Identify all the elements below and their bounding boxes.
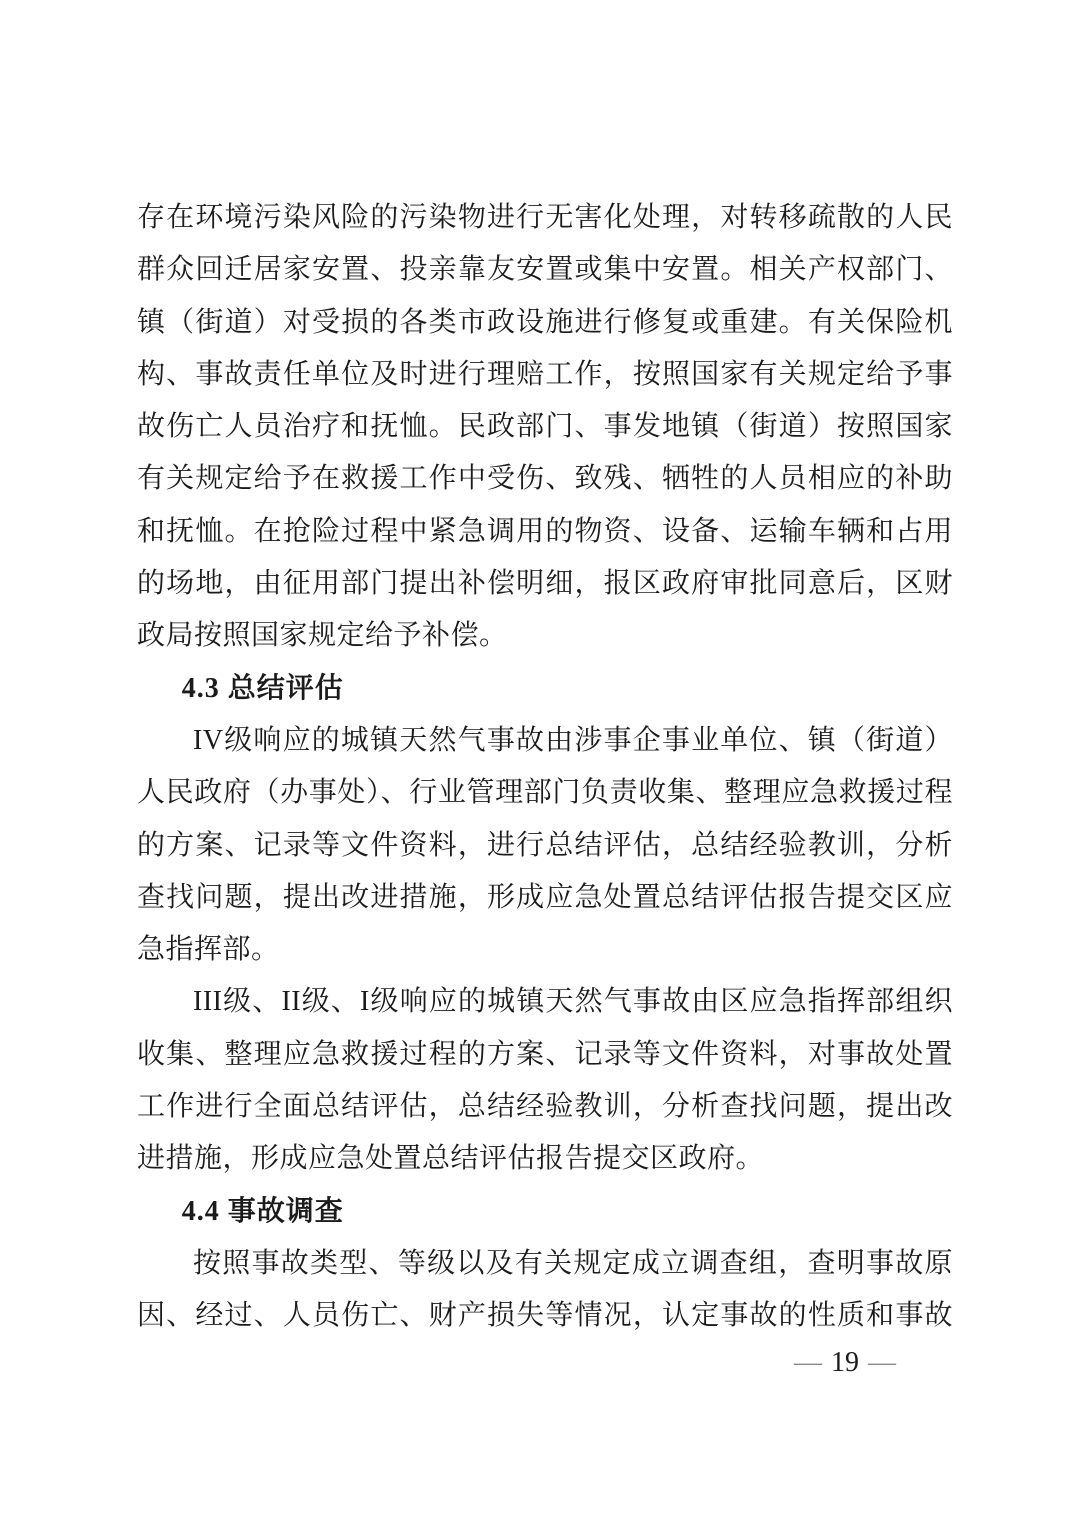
footer-dash-right: — — [868, 1347, 896, 1378]
text-line: 因、经过、人员伤亡、财产损失等情况，认定事故的性质和事故 — [137, 1290, 953, 1342]
text-line: 故伤亡人员治疗和抚恤。民政部门、事发地镇（街道）按照国家 — [137, 401, 953, 453]
text-line: 构、事故责任单位及时进行理赔工作，按照国家有关规定给予事 — [137, 349, 953, 401]
text-line: III级、II级、I级响应的城镇天然气事故由区应急指挥部组织 — [137, 976, 953, 1028]
page-number: 19 — [831, 1347, 859, 1378]
text-line: 镇（街道）对受损的各类市政设施进行修复或重建。有关保险机 — [137, 297, 953, 349]
text-line: 群众回迁居家安置、投亲靠友安置或集中安置。相关产权部门、 — [137, 244, 953, 296]
text-line: 查找问题，提出改进措施，形成应急处置总结评估报告提交区应 — [137, 872, 953, 924]
text-line: 急指挥部。 — [137, 924, 953, 976]
document-page: 存在环境污染风险的污染物进行无害化处理，对转移疏散的人民 群众回迁居家安置、投亲… — [0, 0, 1074, 1520]
page-footer: —19— — [785, 1346, 905, 1380]
text-line: 有关规定给予在救援工作中受伤、致残、牺牲的人员相应的补助 — [137, 453, 953, 505]
text-line: 和抚恤。在抢险过程中紧急调用的物资、设备、运输车辆和占用 — [137, 506, 953, 558]
text-line: IV级响应的城镇天然气事故由涉事企事业单位、镇（街道） — [137, 715, 953, 767]
text-line: 收集、整理应急救援过程的方案、记录等文件资料，对事故处置 — [137, 1029, 953, 1081]
text-line: 政局按照国家规定给予补偿。 — [137, 610, 953, 662]
footer-dash-left: — — [794, 1347, 822, 1378]
section-heading-4-3: 4.3 总结评估 — [137, 663, 953, 715]
text-line: 的场地，由征用部门提出补偿明细，报区政府审批同意后，区财 — [137, 558, 953, 610]
text-line: 存在环境污染风险的污染物进行无害化处理，对转移疏散的人民 — [137, 192, 953, 244]
text-line: 工作进行全面总结评估，总结经验教训，分析查找问题，提出改 — [137, 1081, 953, 1133]
text-line: 人民政府（办事处）、行业管理部门负责收集、整理应急救援过程 — [137, 767, 953, 819]
section-heading-4-4: 4.4 事故调查 — [137, 1186, 953, 1238]
text-line: 按照事故类型、等级以及有关规定成立调查组，查明事故原 — [137, 1238, 953, 1290]
text-line: 进措施，形成应急处置总结评估报告提交区政府。 — [137, 1133, 953, 1185]
text-line: 的方案、记录等文件资料，进行总结评估，总结经验教训，分析 — [137, 820, 953, 872]
document-text-block: 存在环境污染风险的污染物进行无害化处理，对转移疏散的人民 群众回迁居家安置、投亲… — [137, 192, 953, 1343]
